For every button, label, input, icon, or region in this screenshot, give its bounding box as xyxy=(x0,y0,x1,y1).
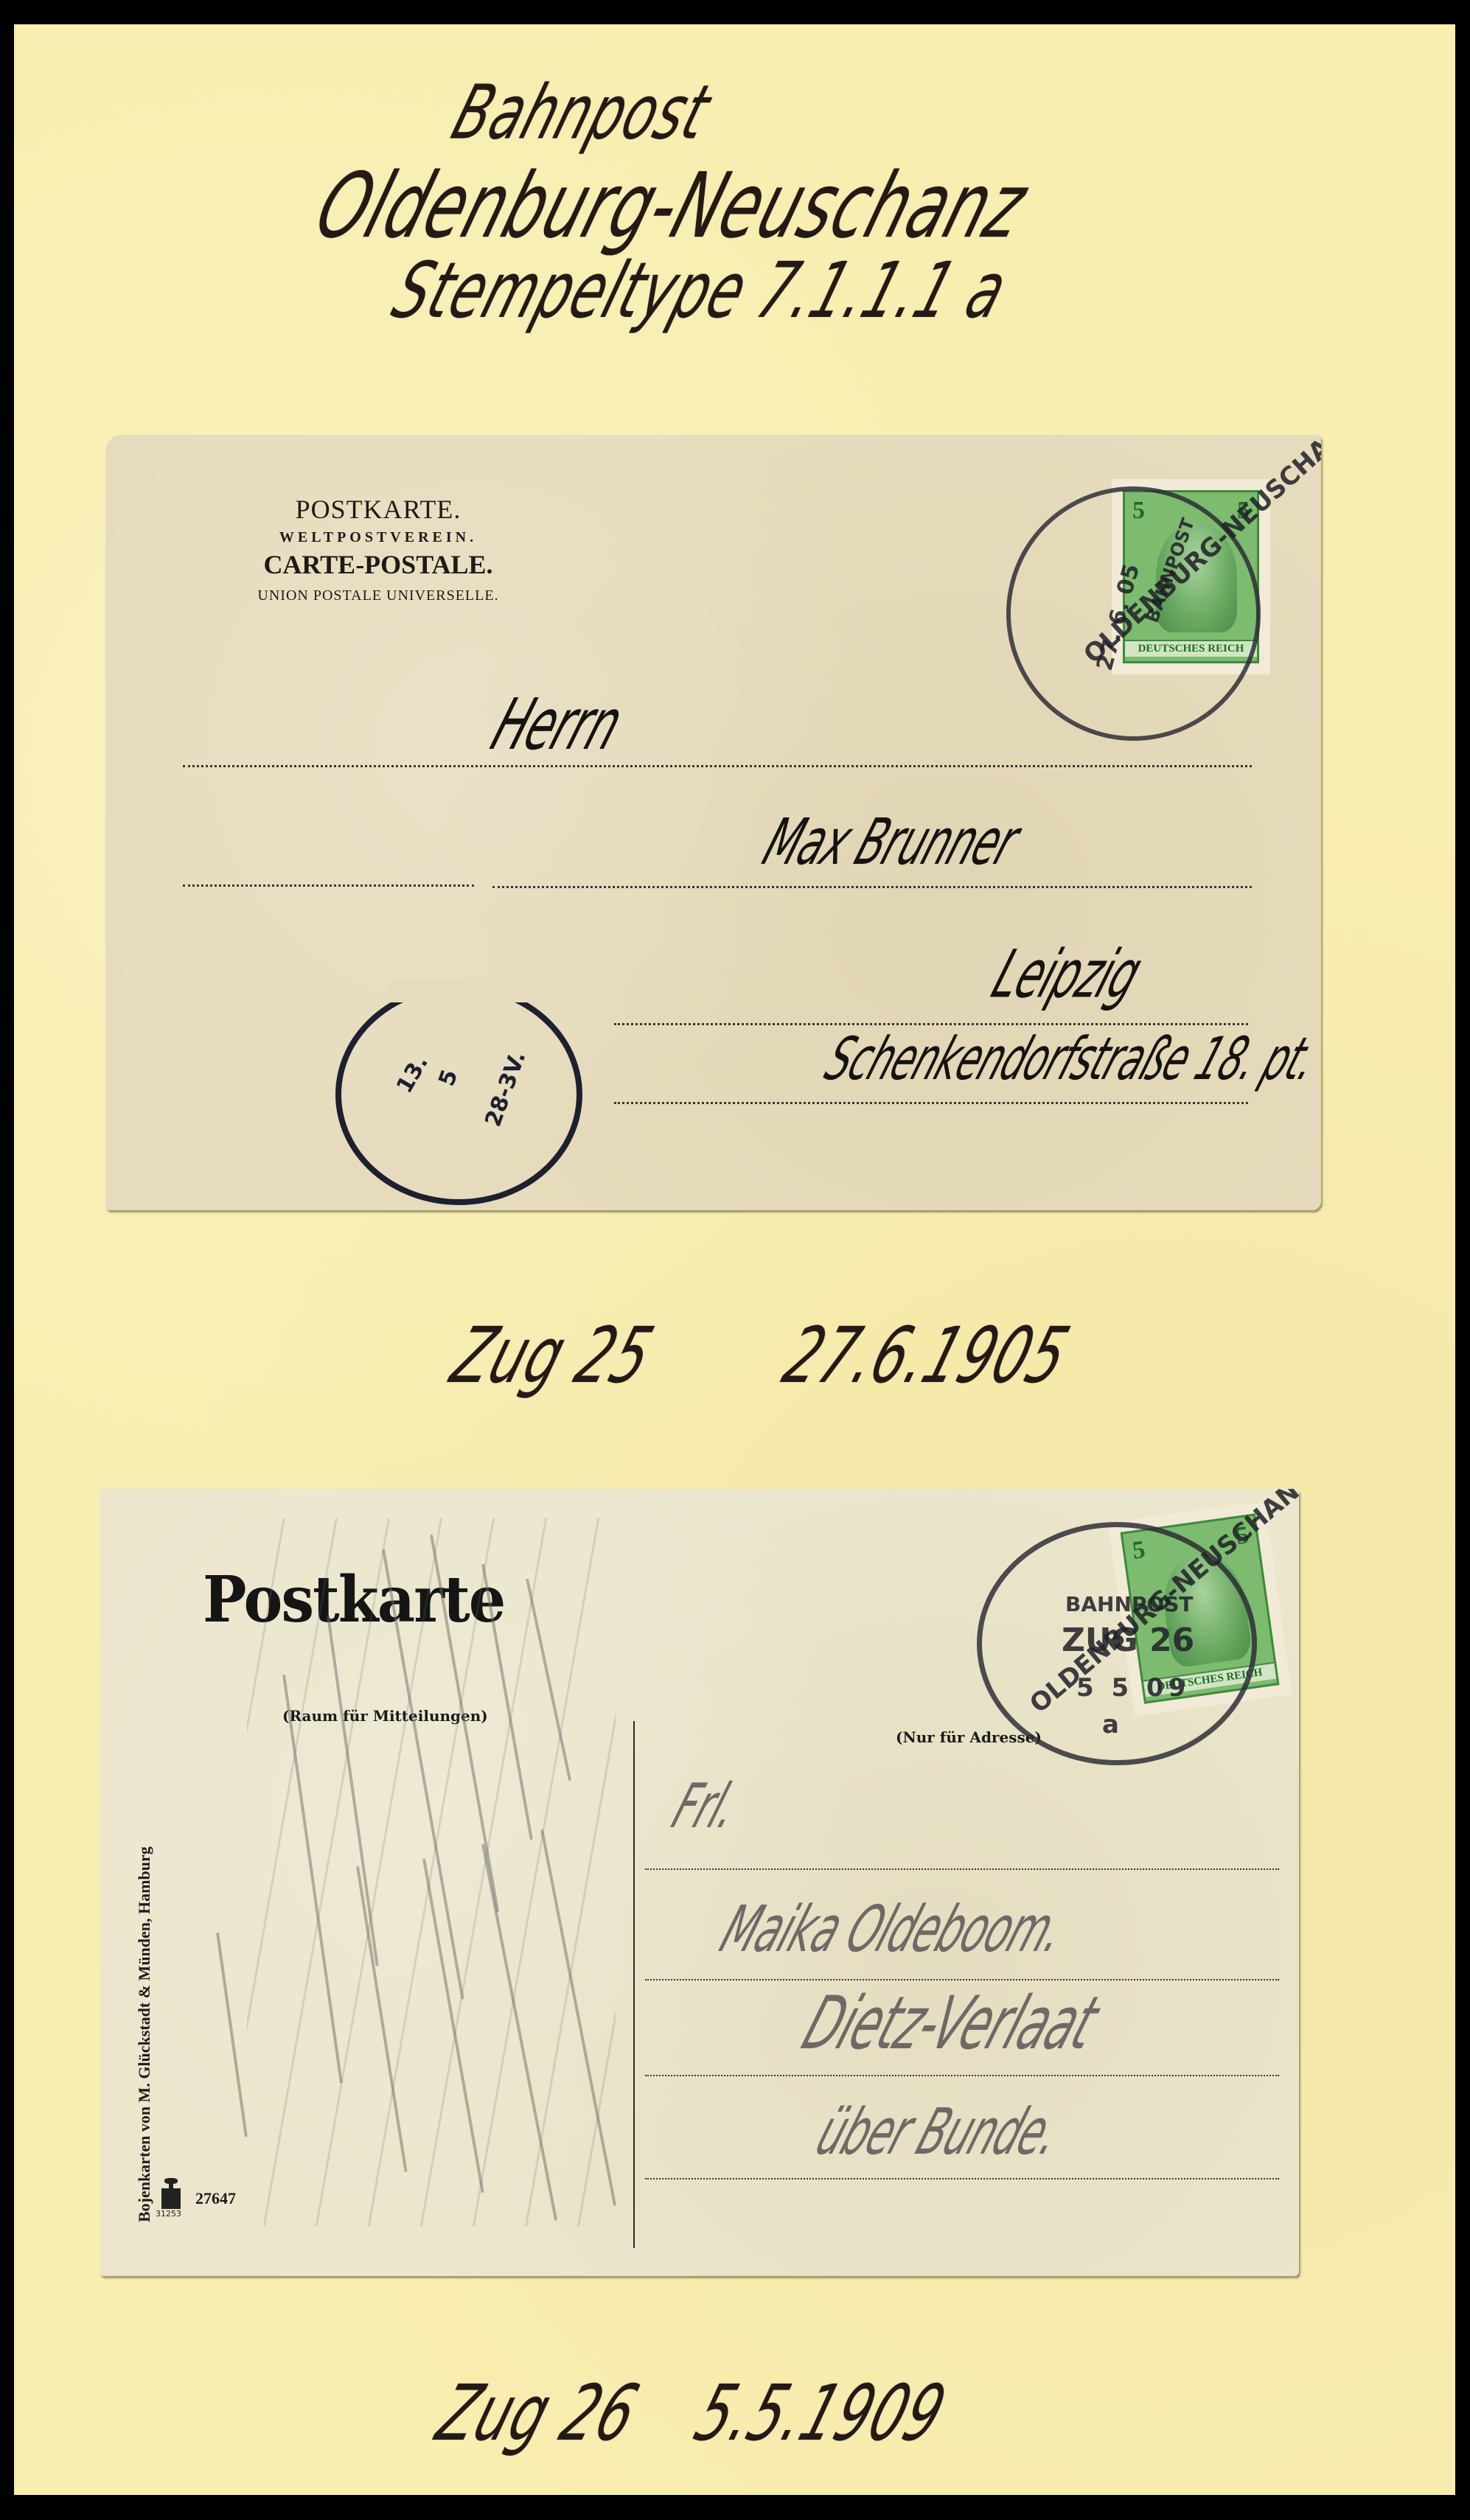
caption-date-1: 27.6.1905 xyxy=(773,1310,1079,1400)
address-line-2a xyxy=(183,884,474,887)
address-city: Leipzig xyxy=(983,937,1151,1013)
postmark-bahnpost: BAHNPOST xyxy=(1065,1592,1193,1616)
logo-number: 31253 xyxy=(156,2209,181,2219)
address-line-1 xyxy=(645,1868,1279,1870)
postcard-2: Postkarte (Raum für Mitteilungen) (Nur f… xyxy=(100,1489,1299,2276)
address-line-1 xyxy=(183,765,1252,767)
postcard-1: POSTKARTE. WELTPOSTVEREIN. CARTE-POSTALE… xyxy=(105,435,1321,1210)
handwritten-message xyxy=(247,1518,616,2226)
card-number: 27647 xyxy=(195,2189,236,2208)
album-page: Bahnpost Oldenburg-Neuschanz Stempeltype… xyxy=(14,24,1455,2495)
address-line-4 xyxy=(614,1102,1248,1104)
header-postkarte: POSTKARTE. xyxy=(238,494,518,525)
page-title-line-1: Bahnpost xyxy=(442,69,720,156)
header-union-postale: UNION POSTALE UNIVERSELLE. xyxy=(238,587,518,604)
page-title-line-2: Oldenburg-Neuschanz xyxy=(304,153,1039,258)
address-street: Schenkendorfstraße 18. pt. xyxy=(817,1025,1321,1093)
address-via: über Bunde. xyxy=(807,2095,1070,2169)
address-name: Max Brunner xyxy=(754,805,1028,879)
address-line-2b xyxy=(492,886,1252,888)
address-city: Dietz-Verlaat xyxy=(793,1980,1109,2066)
postmark-date: 5 5 09 xyxy=(1076,1673,1190,1703)
postmark-gap xyxy=(389,980,537,1002)
publisher-imprint: Bojenkarten von M. Glückstadt & Münden, … xyxy=(135,1846,154,2222)
address-line-3 xyxy=(645,2075,1279,2076)
postmark-train: ZUG 26 xyxy=(1062,1622,1194,1659)
printed-header: POSTKARTE. WELTPOSTVEREIN. CARTE-POSTALE… xyxy=(238,494,518,604)
header-weltpostverein: WELTPOSTVEREIN. xyxy=(238,529,518,546)
postmark-index: a xyxy=(1102,1710,1119,1739)
header-carte-postale: CARTE-POSTALE. xyxy=(238,549,518,580)
caption-date-2: 5.5.1909 xyxy=(685,2368,956,2458)
message-address-divider xyxy=(633,1721,635,2248)
arrival-postmark xyxy=(335,984,582,1205)
caption-train-1: Zug 25 xyxy=(442,1310,663,1400)
address-line-4 xyxy=(645,2178,1279,2179)
publisher-logo-icon: 31253 xyxy=(159,2178,184,2213)
page-title-line-3: Stempeltype 7.1.1.1 a xyxy=(383,245,1018,335)
caption-train-2: Zug 26 xyxy=(427,2368,649,2458)
address-name: Maika Oldeboom. xyxy=(711,1892,1075,1966)
